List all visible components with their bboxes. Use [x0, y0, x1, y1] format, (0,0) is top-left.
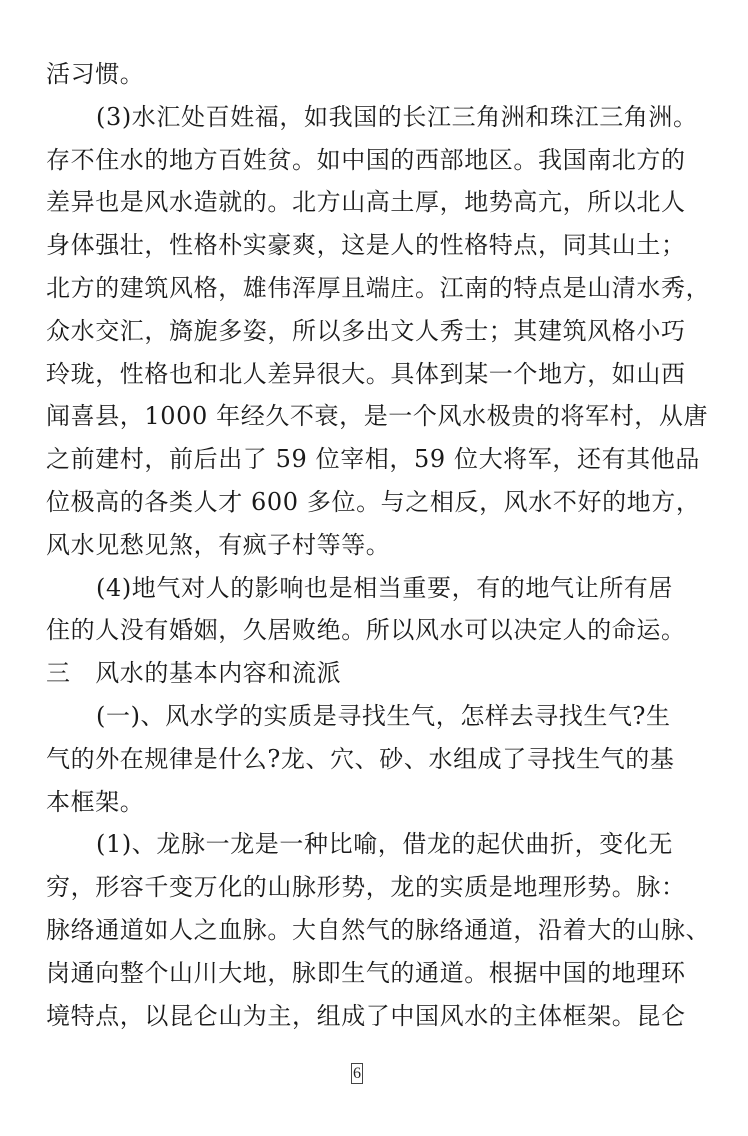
text-line-14: 住的人没有婚姻，久居败绝。所以风水可以决定人的命运。: [46, 609, 668, 652]
text-line-10: 之前建村，前后出了 59 位宰相，59 位大将军，还有其他品: [46, 438, 668, 481]
section-heading: 三 风水的基本内容和流派: [46, 652, 668, 695]
text-line-20: 穷，形容千变万化的山脉形势，龙的实质是地理形势。脉：: [46, 866, 668, 909]
text-line-19: (1)、龙脉一龙是一种比喻，借龙的起伏曲折，变化无: [46, 823, 668, 866]
text-line-5: 身体强壮，性格朴实豪爽，这是人的性格特点，同其山土；: [46, 224, 668, 267]
text-line-22: 岗通向整个山川大地，脉即生气的通道。根据中国的地理环: [46, 952, 668, 995]
text-line-23: 境特点，以昆仑山为主，组成了中国风水的主体框架。昆仑: [46, 995, 668, 1038]
text-line-12: 风水见愁见煞，有疯子村等等。: [46, 524, 668, 567]
page-number: 6: [351, 1063, 363, 1084]
text-line-7: 众水交汇，旖旎多姿，所以多出文人秀士；其建筑风格小巧: [46, 310, 668, 353]
document-page: 活习惯。 (3)水汇处百姓福，如我国的长江三角洲和珠江三角洲。 存不住水的地方百…: [46, 53, 668, 1037]
text-line-1: 活习惯。: [46, 53, 668, 96]
text-line-8: 玲珑，性格也和北人差异很大。具体到某一个地方，如山西: [46, 353, 668, 396]
text-line-9: 闻喜县，1000 年经久不衰，是一个风水极贵的将军村，从唐: [46, 395, 668, 438]
text-line-2: (3)水汇处百姓福，如我国的长江三角洲和珠江三角洲。: [46, 96, 668, 139]
text-line-3: 存不住水的地方百姓贫。如中国的西部地区。我国南北方的: [46, 139, 668, 182]
text-line-21: 脉络通道如人之血脉。大自然气的脉络通道，沿着大的山脉、: [46, 909, 668, 952]
text-line-11: 位极高的各类人才 600 多位。与之相反，风水不好的地方，: [46, 481, 668, 524]
text-line-17: 气的外在规律是什么?龙、穴、砂、水组成了寻找生气的基: [46, 738, 668, 781]
text-line-18: 本框架。: [46, 781, 668, 824]
text-line-4: 差异也是风水造就的。北方山高土厚，地势高亢，所以北人: [46, 181, 668, 224]
text-line-13: (4)地气对人的影响也是相当重要，有的地气让所有居: [46, 567, 668, 610]
text-line-6: 北方的建筑风格，雄伟浑厚且端庄。江南的特点是山清水秀，: [46, 267, 668, 310]
text-line-16: (一)、风水学的实质是寻找生气，怎样去寻找生气?生: [46, 695, 668, 738]
